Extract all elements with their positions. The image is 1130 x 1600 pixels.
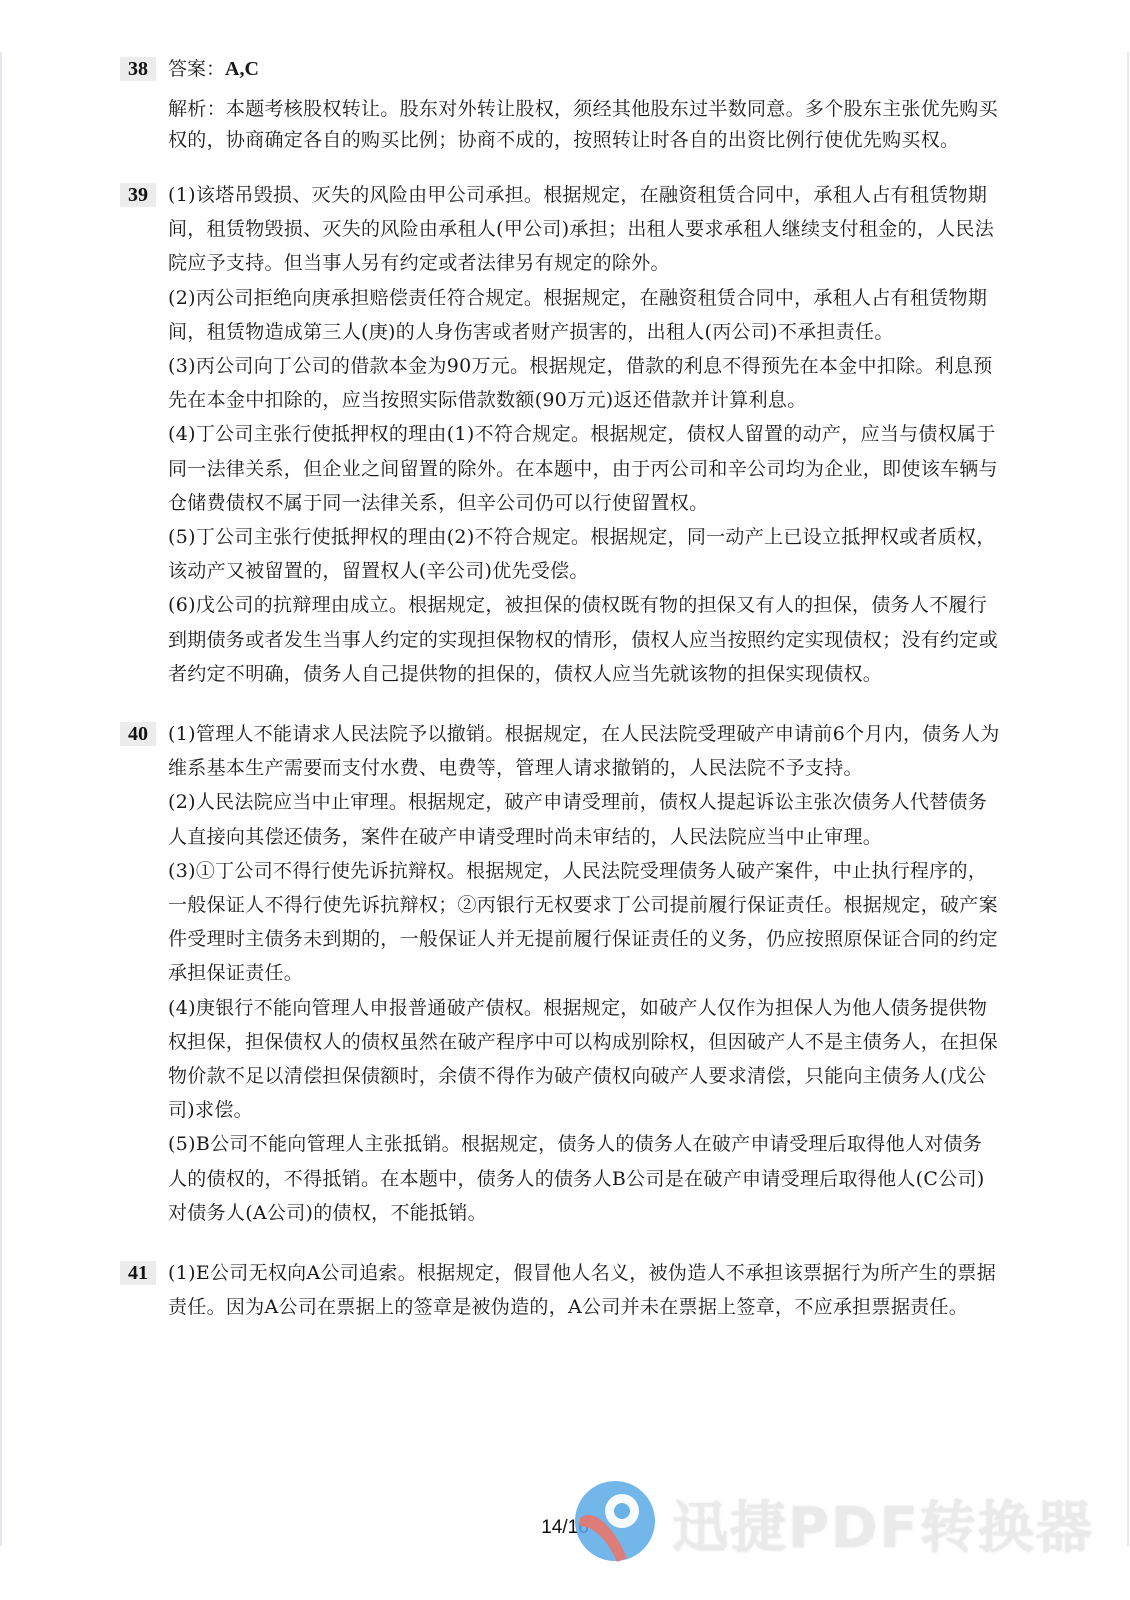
- document-content: 38 答案：A,C 解析：本题考核股权转让。股东对外转让股权，须经其他股东过半数…: [120, 52, 1000, 1345]
- page-number: 14/16: [0, 1517, 1130, 1539]
- answer-line: 答案：A,C: [168, 52, 1000, 86]
- question-38: 38 答案：A,C 解析：本题考核股权转让。股东对外转让股权，须经其他股东过半数…: [120, 52, 1000, 156]
- answer-paragraph: (5)丁公司主张行使抵押权的理由(2)不符合规定。根据规定，同一动产上已设立抵押…: [168, 520, 1000, 588]
- answer-paragraph: (4)庚银行不能向管理人申报普通破产债权。根据规定，如破产人仅作为担保人为他人债…: [168, 991, 1000, 1128]
- question-40: 40 (1)管理人不能请求人民法院予以撤销。根据规定，在人民法院受理破产申请前6…: [120, 717, 1000, 1230]
- answer-paragraph: (4)丁公司主张行使抵押权的理由(1)不符合规定。根据规定，债权人留置的动产，应…: [168, 417, 1000, 520]
- question-number-badge: 38: [120, 57, 156, 81]
- answer-paragraph: (1)E公司无权向A公司追索。根据规定，假冒他人名义，被伪造人不承担该票据行为所…: [168, 1256, 1000, 1324]
- answer-paragraph: (3)①丁公司不得行使先诉抗辩权。根据规定，人民法院受理债务人破产案件，中止执行…: [168, 854, 1000, 991]
- answer-value: A,C: [225, 58, 259, 80]
- answer-paragraph: (1)该塔吊毁损、灭失的风险由甲公司承担。根据规定，在融资租赁合同中，承租人占有…: [168, 178, 1000, 281]
- question-number-badge: 41: [120, 1261, 156, 1285]
- answer-paragraph: (2)人民法院应当中止审理。根据规定，破产申请受理前，债权人提起诉讼主张次债务人…: [168, 785, 1000, 853]
- answer-paragraph: (2)丙公司拒绝向庚承担赔偿责任符合规定。根据规定，在融资租赁合同中，承租人占有…: [168, 281, 1000, 349]
- answer-paragraph: (5)B公司不能向管理人主张抵销。根据规定，债务人的债务人在破产申请受理后取得他…: [168, 1127, 1000, 1230]
- answer-label: 答案：: [168, 58, 225, 80]
- question-41: 41 (1)E公司无权向A公司追索。根据规定，假冒他人名义，被伪造人不承担该票据…: [120, 1256, 1000, 1324]
- page-border-left: [0, 52, 2, 1546]
- page-border-right: [1127, 52, 1129, 1546]
- question-39: 39 (1)该塔吊毁损、灭失的风险由甲公司承担。根据规定，在融资租赁合同中，承租…: [120, 178, 1000, 691]
- question-number-badge: 39: [120, 183, 156, 207]
- question-number-badge: 40: [120, 722, 156, 746]
- answer-paragraph: (3)丙公司向丁公司的借款本金为90万元。根据规定，借款的利息不得预先在本金中扣…: [168, 349, 1000, 417]
- answer-paragraph: (6)戊公司的抗辩理由成立。根据规定，被担保的债权既有物的担保又有人的担保，债务…: [168, 588, 1000, 691]
- answer-paragraph: (1)管理人不能请求人民法院予以撤销。根据规定，在人民法院受理破产申请前6个月内…: [168, 717, 1000, 785]
- explanation-paragraph: 解析：本题考核股权转让。股东对外转让股权，须经其他股东过半数同意。多个股东主张优…: [168, 94, 1000, 156]
